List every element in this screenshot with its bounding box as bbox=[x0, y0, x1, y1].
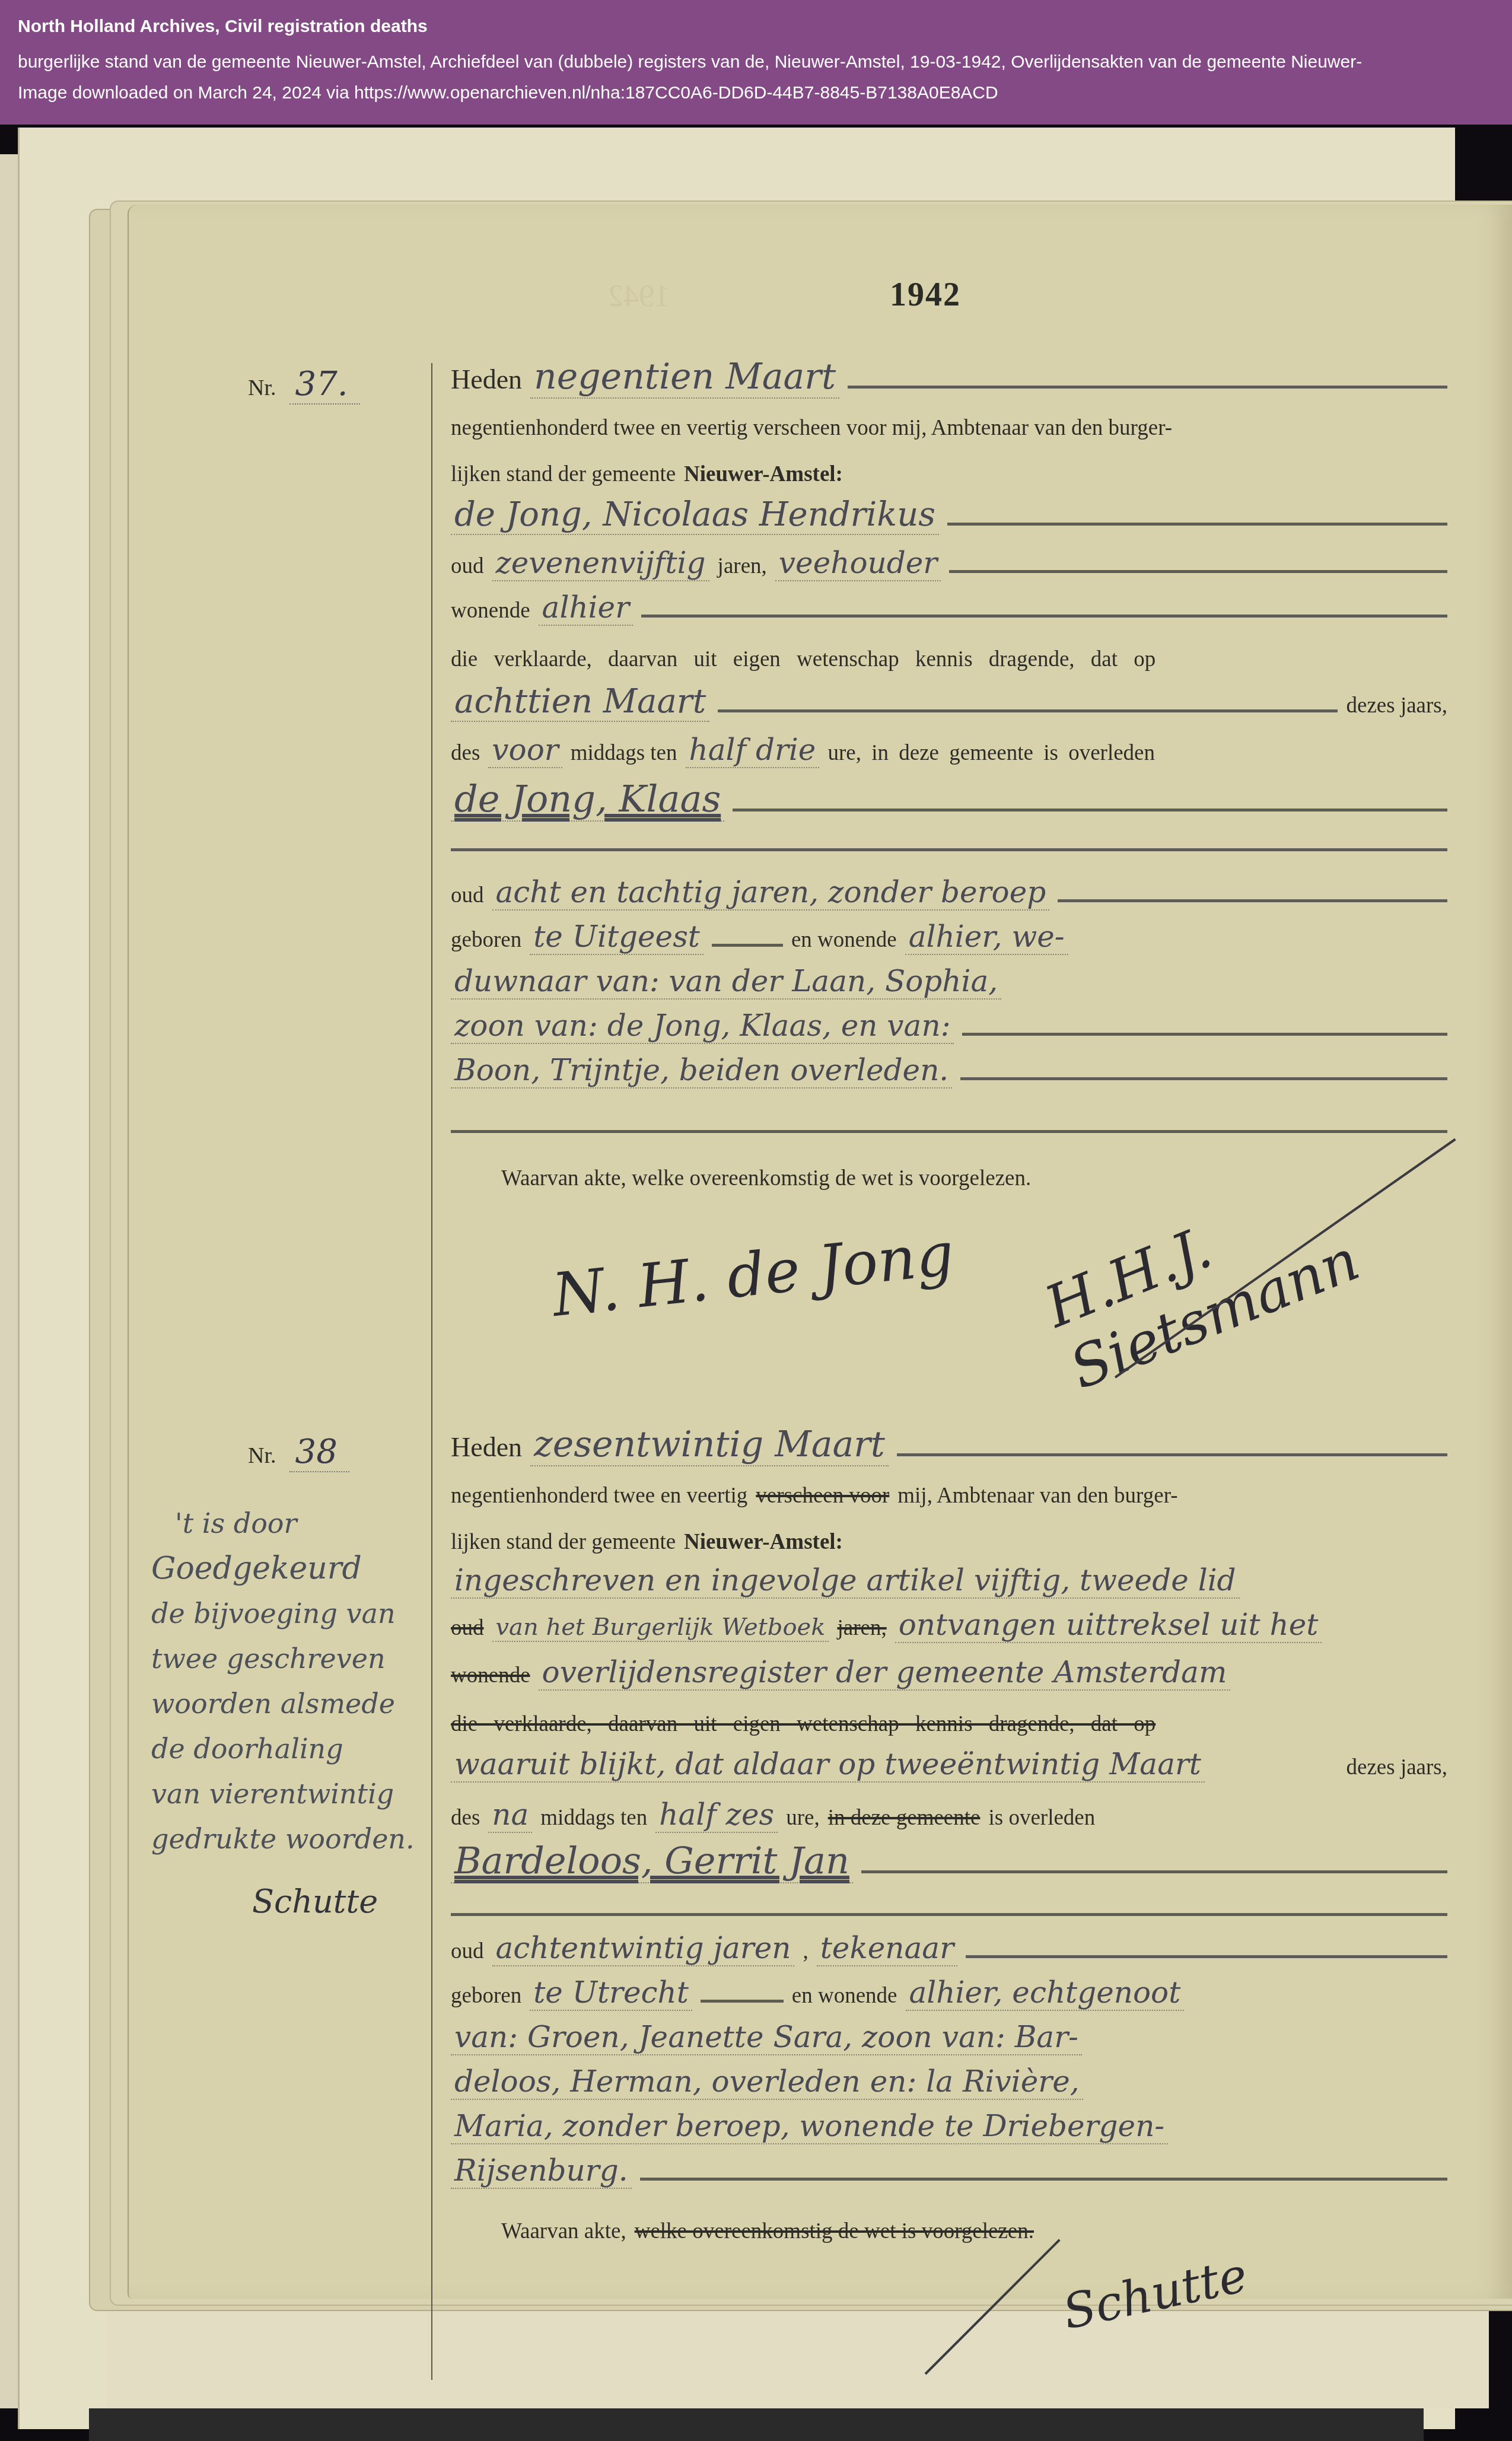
r38-closing: Waarvan akte, welke overeenkomstig de we… bbox=[501, 2219, 1498, 2244]
printed-text: is overleden bbox=[988, 1805, 1095, 1831]
geboren-label: geboren bbox=[451, 927, 521, 953]
r37-cont3: Boon, Trijntje, beiden overleden. bbox=[451, 1053, 1447, 1089]
margin-line: van vierentwintig bbox=[151, 1771, 430, 1816]
municipality-name: Nieuwer-Amstel: bbox=[684, 462, 843, 487]
record-number-38: Nr.38 bbox=[248, 1433, 349, 1471]
margin-line: de bijvoeging van bbox=[151, 1591, 430, 1636]
handwritten-continuation: zoon van: de Jong, Klaas, en van: bbox=[451, 1008, 954, 1044]
fill-line bbox=[848, 386, 1447, 389]
fill-line bbox=[641, 615, 1447, 618]
fill-line bbox=[712, 944, 783, 947]
nr-label: Nr. bbox=[248, 375, 276, 400]
r38-heden-line: Heden zesentwintig Maart bbox=[451, 1424, 1447, 1466]
r37-cont1: duwnaar van: van der Laan, Sophia, bbox=[451, 964, 1447, 1000]
struck-text: oud bbox=[451, 1615, 484, 1641]
blank-rule bbox=[451, 1130, 1447, 1133]
handwritten-insertion: waaruit blijkt, dat aldaar op tweeëntwin… bbox=[451, 1747, 1205, 1783]
heden-label: Heden bbox=[451, 1431, 522, 1463]
printed-text: die verklaarde, daarvan uit eigen wetens… bbox=[451, 647, 1156, 672]
printed-text: lijken stand der gemeente bbox=[451, 1529, 676, 1555]
struck-text: die verklaarde, daarvan uit eigen wetens… bbox=[451, 1711, 1156, 1737]
r38-deceased-line: Bardeloos, Gerrit Jan bbox=[451, 1839, 1447, 1883]
des-label: des bbox=[451, 1805, 480, 1831]
r38-cont1: van: Groen, Jeanette Sara, zoon van: Bar… bbox=[451, 2020, 1447, 2055]
handwritten-continuation: Rijsenburg. bbox=[451, 2153, 632, 2189]
r38-geboren-line: geboren te Utrecht en wonende alhier, ec… bbox=[451, 1975, 1447, 2011]
fill-line bbox=[1058, 899, 1447, 902]
declarant-residence: alhier bbox=[539, 590, 634, 626]
dezes-jaars-label: dezes jaars, bbox=[1346, 693, 1447, 718]
fill-line bbox=[640, 2178, 1447, 2181]
middags-label: middags ten bbox=[540, 1805, 647, 1831]
handwritten-continuation: Boon, Trijntje, beiden overleden. bbox=[451, 1053, 952, 1089]
handwritten-continuation: van: Groen, Jeanette Sara, zoon van: Bar… bbox=[451, 2020, 1082, 2055]
handwritten-continuation: duwnaar van: van der Laan, Sophia, bbox=[451, 964, 1001, 1000]
declarant-occupation: veehouder bbox=[775, 546, 941, 581]
death-time: half drie bbox=[686, 733, 820, 768]
oud-label: oud bbox=[451, 1939, 484, 1964]
closing-statement: Waarvan akte, welke overeenkomstig de we… bbox=[501, 1166, 1031, 1191]
column-divider bbox=[431, 363, 432, 2380]
r38-cont2: deloos, Herman, overleden en: la Rivière… bbox=[451, 2064, 1447, 2100]
margin-signature: Schutte bbox=[151, 1879, 430, 1924]
r37-deceased-line: de Jong, Klaas bbox=[451, 777, 1447, 822]
deceased-age-occupation: acht en tachtig jaren, zonder beroep bbox=[492, 875, 1050, 911]
nr-label: Nr. bbox=[248, 1443, 276, 1468]
ure-label: ure, bbox=[786, 1805, 820, 1831]
margin-line: 't is door bbox=[151, 1501, 430, 1546]
margin-line: gedrukte woorden. bbox=[151, 1816, 430, 1861]
r37-verklaarde-line: die verklaarde, daarvan uit eigen wetens… bbox=[451, 647, 1447, 672]
r38-cont3: Maria, zonder beroep, wonende te Drieber… bbox=[451, 2109, 1447, 2144]
handwritten-continuation: Maria, zonder beroep, wonende te Drieber… bbox=[451, 2109, 1168, 2144]
handwritten-continuation: deloos, Herman, overleden en: la Rivière… bbox=[451, 2064, 1083, 2100]
handwritten-insertion: ingeschreven en ingevolge artikel vijfti… bbox=[451, 1563, 1240, 1599]
margin-line: Goedgekeurd bbox=[151, 1546, 430, 1591]
deceased-name: de Jong, Klaas bbox=[451, 777, 724, 822]
struck-text: jaren, bbox=[837, 1615, 886, 1641]
printed-text: ure, in deze gemeente is overleden bbox=[827, 740, 1155, 766]
nr-value: 37. bbox=[289, 365, 360, 405]
heden-value: zesentwintig Maart bbox=[530, 1424, 889, 1466]
r38-age-line: oud achtentwintig jaren , tekenaar bbox=[451, 1931, 1447, 1966]
blank-rule bbox=[451, 848, 1447, 851]
archive-header-bar: North Holland Archives, Civil registrati… bbox=[0, 0, 1512, 125]
r38-date-line: waaruit blijkt, dat aldaar op tweeëntwin… bbox=[451, 1747, 1447, 1783]
printed-text: lijken stand der gemeente bbox=[451, 462, 676, 487]
archive-title: North Holland Archives, Civil registrati… bbox=[18, 17, 428, 37]
fill-line bbox=[949, 570, 1447, 573]
deceased-residence: alhier, echtgenoot bbox=[906, 1975, 1185, 2011]
heden-value: negentien Maart bbox=[530, 356, 839, 399]
death-date: achttien Maart bbox=[451, 682, 709, 722]
r37-oud-line: oud zevenenvijftig jaren, veehouder bbox=[451, 546, 1447, 581]
oud-label: oud bbox=[451, 883, 484, 908]
declarant-age: zevenenvijftig bbox=[492, 546, 709, 581]
r38-line2: negentienhonderd twee en veertig versche… bbox=[451, 1483, 1447, 1508]
struck-text: wonende bbox=[451, 1663, 530, 1688]
r38-time-line: des na middags ten half zes ure, in deze… bbox=[451, 1797, 1447, 1833]
deceased-occupation: tekenaar bbox=[817, 1931, 957, 1966]
birthplace: te Uitgeest bbox=[530, 919, 704, 955]
margin-line: de doorhaling bbox=[151, 1726, 430, 1771]
r38-verklaarde-line: die verklaarde, daarvan uit eigen wetens… bbox=[451, 1711, 1447, 1737]
voor-na-value: na bbox=[488, 1797, 532, 1833]
closing-statement: Waarvan akte, bbox=[501, 2219, 626, 2244]
page-year: 1942 bbox=[890, 276, 961, 314]
fill-line bbox=[701, 2000, 784, 2003]
r37-heden-line: Heden negentien Maart bbox=[451, 356, 1447, 399]
r38-cont4: Rijsenburg. bbox=[451, 2153, 1447, 2189]
r38-hw3: wonende overlijdensregister der gemeente… bbox=[451, 1655, 1447, 1691]
printed-text: mij, Ambtenaar van den burger- bbox=[897, 1483, 1177, 1508]
download-note: Image downloaded on March 24, 2024 via h… bbox=[18, 83, 998, 103]
register-bottom-sheet bbox=[107, 2296, 1489, 2408]
birthplace: te Utrecht bbox=[530, 1975, 692, 2011]
r37-cont2: zoon van: de Jong, Klaas, en van: bbox=[451, 1008, 1447, 1044]
printed-text: negentienhonderd twee en veertig versche… bbox=[451, 415, 1172, 441]
handwritten-insertion: ontvangen uittreksel uit het bbox=[895, 1608, 1322, 1643]
bleed-through-year: 1942 bbox=[608, 279, 670, 314]
en-wonende-label: en wonende bbox=[791, 927, 897, 953]
des-label: des bbox=[451, 740, 480, 766]
jaren-label: jaren, bbox=[718, 553, 767, 579]
deceased-age: achtentwintig jaren bbox=[492, 1931, 795, 1966]
r38-hw1: ingeschreven en ingevolge artikel vijfti… bbox=[451, 1563, 1447, 1599]
declarant-name: de Jong, Nicolaas Hendrikus bbox=[451, 495, 939, 535]
blank-rule bbox=[451, 1913, 1447, 1916]
fill-line bbox=[947, 523, 1447, 526]
r37-declarant-line: de Jong, Nicolaas Hendrikus bbox=[451, 495, 1447, 535]
deceased-name: Bardeloos, Gerrit Jan bbox=[451, 1839, 853, 1883]
voor-na-value: voor bbox=[488, 733, 562, 768]
handwritten-insertion: overlijdensregister der gemeente Amsterd… bbox=[539, 1655, 1231, 1691]
struck-text: verscheen voor bbox=[756, 1483, 889, 1508]
r37-date-line: achttien Maart dezes jaars, bbox=[451, 682, 1447, 722]
fill-line bbox=[861, 1870, 1447, 1873]
municipality-name: Nieuwer-Amstel: bbox=[684, 1529, 843, 1555]
record-number-37: Nr.37. bbox=[248, 365, 360, 403]
fill-line bbox=[718, 709, 1338, 712]
r37-line3: lijken stand der gemeente Nieuwer-Amstel… bbox=[451, 462, 1447, 487]
r37-time-line: des voor middags ten half drie ure, in d… bbox=[451, 733, 1447, 768]
record-description: burgerlijke stand van de gemeente Nieuwe… bbox=[18, 52, 1362, 72]
struck-text: welke overeenkomstig de wet is voorgelez… bbox=[635, 2219, 1034, 2244]
printed-text: negentienhonderd twee en veertig bbox=[451, 1483, 747, 1508]
r37-age-line: oud acht en tachtig jaren, zonder beroep bbox=[451, 875, 1447, 911]
margin-annotation: 't is door Goedgekeurd de bijvoeging van… bbox=[151, 1501, 430, 1924]
fill-line bbox=[966, 1955, 1447, 1958]
dezes-jaars-label: dezes jaars, bbox=[1346, 1755, 1447, 1780]
r38-line3: lijken stand der gemeente Nieuwer-Amstel… bbox=[451, 1529, 1447, 1555]
r38-hw2: oud van het Burgerlijk Wetboek jaren, on… bbox=[451, 1608, 1447, 1643]
r37-wonende-line: wonende alhier bbox=[451, 590, 1447, 626]
fill-line bbox=[962, 1033, 1447, 1036]
fill-line bbox=[733, 809, 1447, 811]
oud-label: oud bbox=[451, 553, 484, 579]
margin-line: twee geschreven bbox=[151, 1636, 430, 1681]
wonende-label: wonende bbox=[451, 598, 530, 623]
fill-line bbox=[897, 1453, 1447, 1456]
fill-line bbox=[960, 1077, 1447, 1080]
deceased-residence: alhier, we- bbox=[905, 919, 1068, 955]
handwritten-insertion: van het Burgerlijk Wetboek bbox=[492, 1613, 829, 1642]
nr-value: 38 bbox=[289, 1433, 349, 1472]
middags-label: middags ten bbox=[571, 740, 677, 766]
heden-label: Heden bbox=[451, 364, 522, 395]
geboren-label: geboren bbox=[451, 1983, 521, 2009]
r37-line2: negentienhonderd twee en veertig versche… bbox=[451, 415, 1447, 441]
struck-text: in deze gemeente bbox=[828, 1805, 981, 1831]
death-time: half zes bbox=[655, 1797, 778, 1833]
scanner-bed bbox=[89, 2408, 1424, 2441]
r37-geboren-line: geboren te Uitgeest en wonende alhier, w… bbox=[451, 919, 1447, 955]
en-wonende-label: en wonende bbox=[792, 1983, 897, 2009]
margin-line: woorden alsmede bbox=[151, 1681, 430, 1726]
